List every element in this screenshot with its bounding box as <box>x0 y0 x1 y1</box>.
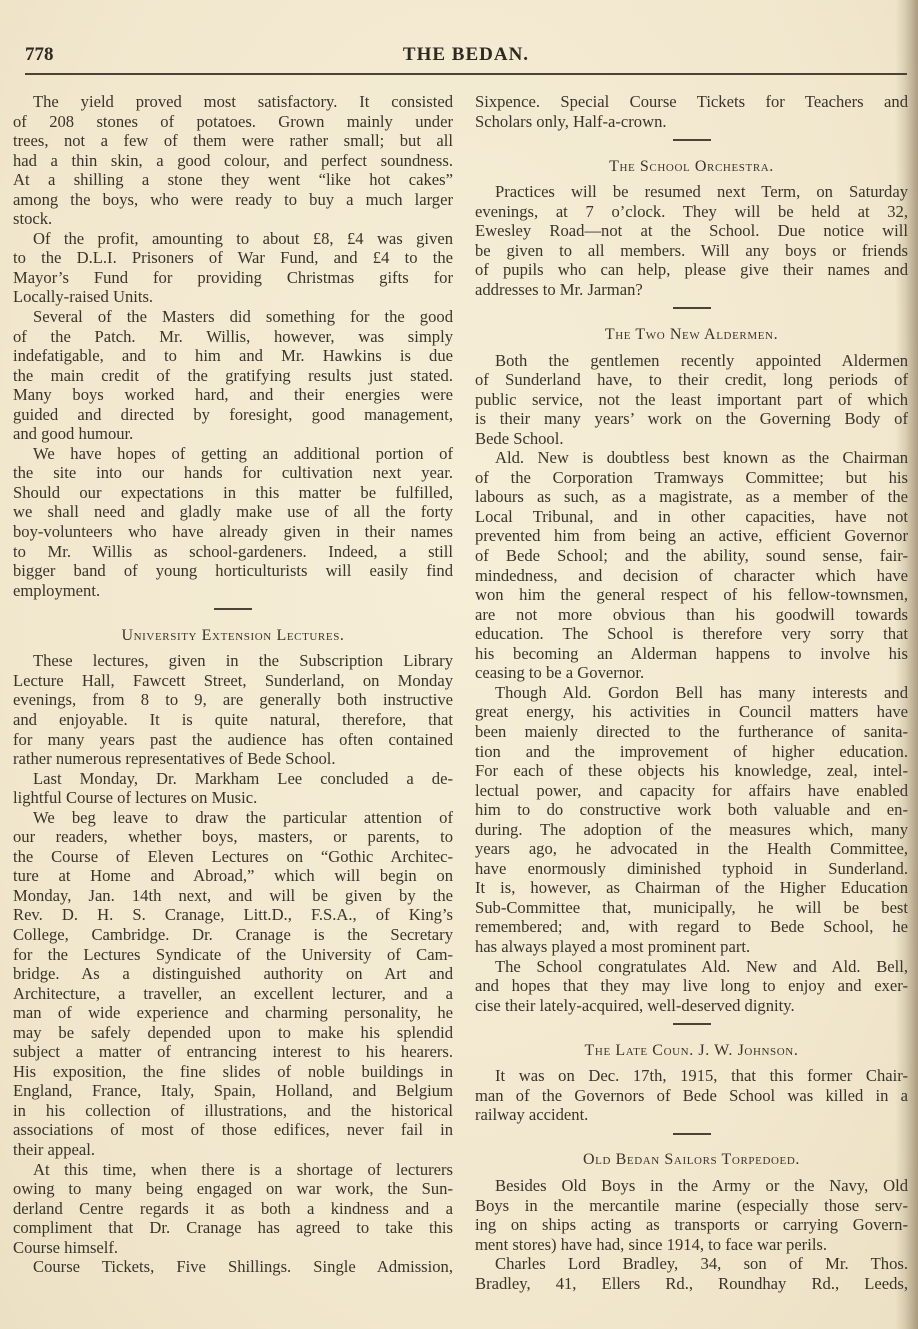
page-header: 778 THE BEDAN. <box>25 44 907 74</box>
text-line: These lectures, given in the Subscriptio… <box>13 651 453 671</box>
text-line: Course Tickets, Five Shillings. Single A… <box>13 1257 453 1277</box>
text-line: Locally-raised Units. <box>13 287 453 307</box>
text-line: Scholars only, Half-a-crown. <box>475 112 908 132</box>
text-line: be given to all members. Will any boys o… <box>475 241 908 261</box>
text-line: years ago, he advocated in the Health Co… <box>475 839 908 859</box>
text-line: ment stores) have had, since 1914, to fa… <box>475 1235 908 1255</box>
text-line: Charles Lord Bradley, 34, son of Mr. Tho… <box>475 1254 908 1274</box>
text-line: Lecture Hall, Fawcett Street, Sunderland… <box>13 671 453 691</box>
text-line: At a shilling a stone they went “like ho… <box>13 170 453 190</box>
text-line: For each of these objects his knowledge,… <box>475 761 908 781</box>
text-line: rather numerous representatives of Bede … <box>13 749 453 769</box>
text-line: Course himself. <box>13 1238 453 1258</box>
divider-rule <box>673 139 711 141</box>
text-line: and hopes that they may live long to enj… <box>475 976 908 996</box>
text-line: are not more obvious than his goodwill t… <box>475 605 908 625</box>
text-line: Bede School. <box>475 429 908 449</box>
text-line: him to do constructive work both valuabl… <box>475 800 908 820</box>
text-line: Of the profit, amounting to about £8, £4… <box>13 229 453 249</box>
divider-rule <box>214 608 252 610</box>
section-heading: Old Bedan Sailors Torpedoed. <box>475 1150 908 1170</box>
text-line: have enormously diminished typhoid in Su… <box>475 859 908 879</box>
section-heading: University Extension Lectures. <box>13 626 453 646</box>
text-line: of Sunderland have, to their credit, lon… <box>475 370 908 390</box>
text-line: addresses to Mr. Jarman? <box>475 280 908 300</box>
text-line: is their many years’ work on the Governi… <box>475 409 908 429</box>
section-divider <box>475 131 908 151</box>
article-section: University Extension Lectures.These lect… <box>13 626 453 1277</box>
section-divider <box>13 600 453 620</box>
text-line: Both the gentlemen recently appointed Al… <box>475 351 908 371</box>
text-line: indefatigable, and to him and Mr. Hawkin… <box>13 346 453 366</box>
text-line: of the Corporation Tramways Committee; b… <box>475 468 908 488</box>
text-line: had a thin skin, a good colour, and perf… <box>13 151 453 171</box>
text-line: bigger band of young horticulturists wil… <box>13 561 453 581</box>
text-line: to the D.L.I. Prisoners of War Fund, and… <box>13 248 453 268</box>
text-line: Sixpence. Special Course Tickets for Tea… <box>475 92 908 112</box>
text-line: guided and directed by foresight, good m… <box>13 405 453 425</box>
text-line: mindedness, and decision of character wh… <box>475 566 908 586</box>
text-line: It was on Dec. 17th, 1915, that this for… <box>475 1066 908 1086</box>
text-line: during. The adoption of the measures whi… <box>475 820 908 840</box>
text-line: ture at Home and Abroad,” which will beg… <box>13 866 453 886</box>
text-line: Mayor’s Fund for providing Christmas gif… <box>13 268 453 288</box>
text-line: Monday, Jan. 14th next, and will be give… <box>13 886 453 906</box>
text-line: employment. <box>13 581 453 601</box>
section-heading: The School Orchestra. <box>475 157 908 177</box>
text-line: may be safely depended upon to make his … <box>13 1023 453 1043</box>
text-line: Practices will be resumed next Term, on … <box>475 182 908 202</box>
text-line: of 208 stones of potatoes. Grown mainly … <box>13 112 453 132</box>
text-line: owing to many being engaged on war work,… <box>13 1179 453 1199</box>
text-line: we shall need and gladly make use of all… <box>13 502 453 522</box>
text-line: for the Lectures Syndicate of the Univer… <box>13 945 453 965</box>
text-line: subject a matter of entrancing interest … <box>13 1042 453 1062</box>
divider-rule <box>673 307 711 309</box>
text-line: ceasing to be a Governor. <box>475 663 908 683</box>
text-line: Several of the Masters did something for… <box>13 307 453 327</box>
text-line: man of wide experience and charming pers… <box>13 1003 453 1023</box>
text-line: It is, however, as Chairman of the Highe… <box>475 878 908 898</box>
text-line: bridge. As a distinguished authority on … <box>13 964 453 984</box>
text-line: We beg leave to draw the particular atte… <box>13 808 453 828</box>
text-line: Ewesley Road—not at the School. Due noti… <box>475 221 908 241</box>
text-line: of Bede School; and the ability, sound s… <box>475 546 908 566</box>
text-line: Sub-Committee that, municipally, he will… <box>475 898 908 918</box>
right-column: Sixpence. Special Course Tickets for Tea… <box>475 92 908 1293</box>
text-line: evenings, from 8 to 9, are generally bot… <box>13 690 453 710</box>
text-line: of the Patch. Mr. Willis, however, was s… <box>13 327 453 347</box>
text-line: Should our expectations in this matter b… <box>13 483 453 503</box>
text-line: Though Ald. Gordon Bell has many interes… <box>475 683 908 703</box>
text-line: man of the Governors of Bede School was … <box>475 1086 908 1106</box>
left-column: The yield proved most satisfactory. It c… <box>13 92 453 1277</box>
text-line: derland Centre regards it as both a kind… <box>13 1199 453 1219</box>
text-line: among the boys, who were ready to buy a … <box>13 190 453 210</box>
text-line: labours as such, as a magistrate, as a m… <box>475 487 908 507</box>
divider-rule <box>673 1133 711 1135</box>
text-line: education. The School is therefore very … <box>475 624 908 644</box>
section-heading: The Two New Aldermen. <box>475 325 908 345</box>
text-line: of pupils who can help, please give thei… <box>475 260 908 280</box>
text-line: boy-volunteers who have already given in… <box>13 522 453 542</box>
text-line: the Course of Eleven Lectures on “Gothic… <box>13 847 453 867</box>
text-line: stock. <box>13 209 453 229</box>
text-line: his becoming an Alderman happens to invo… <box>475 644 908 664</box>
text-line: the main credit of the gratifying result… <box>13 366 453 386</box>
text-line: great energy, his activities in Council … <box>475 702 908 722</box>
article-section: The Two New Aldermen.Both the gentlemen … <box>475 325 908 1015</box>
section-divider <box>475 1015 908 1035</box>
text-line: We have hopes of getting an additional p… <box>13 444 453 464</box>
text-line: Besides Old Boys in the Army or the Navy… <box>475 1176 908 1196</box>
text-line: prevented him from being an active, effi… <box>475 526 908 546</box>
text-line: tion and the improvement of higher educa… <box>475 742 908 762</box>
text-line: Last Monday, Dr. Markham Lee concluded a… <box>13 769 453 789</box>
text-line: their appeal. <box>13 1140 453 1160</box>
text-line: At this time, when there is a shortage o… <box>13 1160 453 1180</box>
running-title: THE BEDAN. <box>25 44 907 66</box>
section-heading: The Late Coun. J. W. Johnson. <box>475 1041 908 1061</box>
text-line: ing on ships acting as transports or car… <box>475 1215 908 1235</box>
section-divider <box>475 1125 908 1145</box>
text-line: for many years past the audience has oft… <box>13 730 453 750</box>
text-line: evenings, at 7 o’clock. They will be hel… <box>475 202 908 222</box>
article-section: Old Bedan Sailors Torpedoed.Besides Old … <box>475 1150 908 1293</box>
article-section: The School Orchestra.Practices will be r… <box>475 157 908 300</box>
text-line: Many boys worked hard, and their energie… <box>13 385 453 405</box>
text-line: the site into our hands for cultivation … <box>13 463 453 483</box>
text-line: College, Cambridge. Dr. Cranage is the S… <box>13 925 453 945</box>
article-section: Sixpence. Special Course Tickets for Tea… <box>475 92 908 131</box>
text-line: trees, not a few of them were rather sma… <box>13 131 453 151</box>
text-line: Architecture, a traveller, an excellent … <box>13 984 453 1004</box>
article-section: The Late Coun. J. W. Johnson.It was on D… <box>475 1041 908 1125</box>
text-line: our readers, whether boys, masters, or p… <box>13 827 453 847</box>
text-line: His exposition, the fine slides of noble… <box>13 1062 453 1082</box>
text-line: railway accident. <box>475 1105 908 1125</box>
section-divider <box>475 299 908 319</box>
text-line: Ald. New is doubtless best known as the … <box>475 448 908 468</box>
text-line: Rev. D. H. S. Cranage, Litt.D., F.S.A., … <box>13 905 453 925</box>
text-line: Boys in the mercantile marine (especiall… <box>475 1196 908 1216</box>
text-line: compliment that Dr. Cranage has agreed t… <box>13 1218 453 1238</box>
text-line: Local Tribunal, and in other capacities,… <box>475 507 908 527</box>
text-line: to Mr. Willis as school-gardeners. Indee… <box>13 542 453 562</box>
text-line: and good humour. <box>13 424 453 444</box>
header-rule <box>25 73 907 75</box>
article-section: The yield proved most satisfactory. It c… <box>13 92 453 600</box>
text-line: won him the general respect of his fello… <box>475 585 908 605</box>
text-line: and enjoyable. It is quite natural, ther… <box>13 710 453 730</box>
text-line: public service, not the least important … <box>475 390 908 410</box>
text-line: lectual power, and capacity for affairs … <box>475 781 908 801</box>
text-line: lightful Course of lectures on Music. <box>13 788 453 808</box>
text-line: The School congratulates Ald. New and Al… <box>475 957 908 977</box>
divider-rule <box>673 1023 711 1025</box>
text-line: in his collection of illustrations, and … <box>13 1101 453 1121</box>
text-line: cise their lately-acquired, well-deserve… <box>475 996 908 1016</box>
text-line: Bradley, 41, Ellers Rd., Roundhay Rd., L… <box>475 1274 908 1294</box>
text-line: has always played a most prominent part. <box>475 937 908 957</box>
text-line: been maienly directed to the furtherance… <box>475 722 908 742</box>
text-line: remembered; and, with regard to Bede Sch… <box>475 917 908 937</box>
text-line: The yield proved most satisfactory. It c… <box>13 92 453 112</box>
text-line: England, France, Italy, Spain, Holland, … <box>13 1081 453 1101</box>
text-line: associations of most of those edifices, … <box>13 1120 453 1140</box>
